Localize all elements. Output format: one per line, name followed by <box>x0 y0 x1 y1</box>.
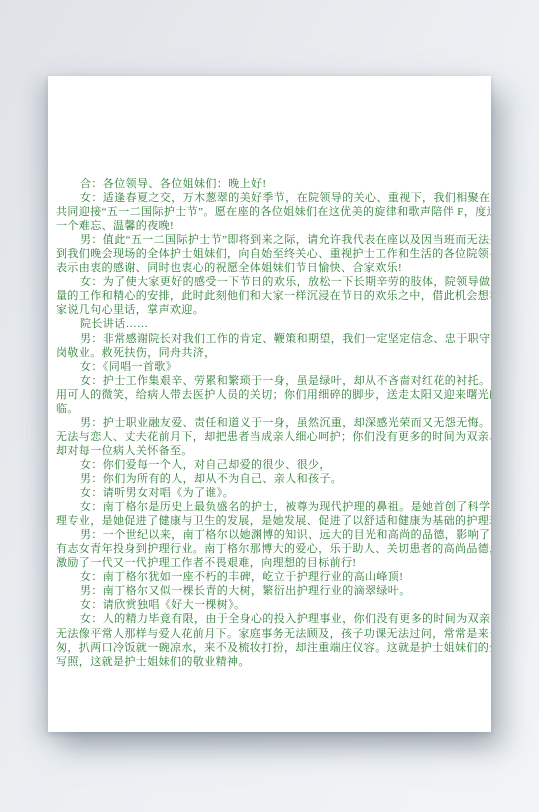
text-line: 到我们晚会现场的全体护士姐妹们，向自始至终关心、重视护士工作和生活的各位院领导 <box>56 247 491 261</box>
text-line: 有志女青年投身到护理行业。南丁格尔那博大的爱心，乐于助人、关切患者的高尚品德， <box>56 542 491 556</box>
text-line: 女：《同唱一首歌》 <box>56 360 491 374</box>
text-line: 男：护士职业融友爱、责任和道义于一身，虽然沉重，却深感光荣而又无怨无悔。你们 <box>56 416 491 430</box>
text-line: 院长讲话…… <box>56 317 491 331</box>
text-line: 女：南丁格尔是历史上最负盛名的护士，被尊为现代护理的鼻祖。是她首创了科学的护 <box>56 500 491 514</box>
text-line: 一个难忘、温馨的夜晚! <box>56 219 491 233</box>
text-line: 却对每一位病人关怀备至。 <box>56 444 491 458</box>
text-line: 男：你们为所有的人，却从不为自己、亲人和孩子。 <box>56 472 491 486</box>
text-line: 男：南丁格尔又似一棵长青的大树，繁衍出护理行业的滴翠绿叶。 <box>56 584 491 598</box>
text-line: 女：你们爱每一个人，对自己却爱的很少、很少， <box>56 458 491 472</box>
text-line: 男：值此“五一二国际护士节”即将到来之际，请允许我代表在座以及因当班而无法来 <box>56 233 491 247</box>
text-line: 女：请欣赏独唱《好大一棵树》。 <box>56 598 491 612</box>
text-line: 写照，这就是护士姐妹们的敬业精神。 <box>56 655 491 669</box>
text-line: 女：人的精力毕竟有限，由于全身心的投入护理事业，你们没有更多的时间为双亲尽孝， <box>56 612 491 626</box>
document-page: 合：各位领导、各位姐妹们：晚上好!女：适逢春夏之交，万木葱翠的美好季节，在院领导… <box>48 76 491 732</box>
text-line: 男：一个世纪以来，南丁格尔以她渊博的知识、远大的目光和高尚的品德，影响了无数 <box>56 528 491 542</box>
text-line: 岗敬业。救死扶伤，同舟共济， <box>56 346 491 360</box>
text-line: 量的工作和精心的安排，此时此刻他们和大家一样沉浸在节日的欢乐之中，借此机会想和大 <box>56 289 491 303</box>
text-line: 用可人的微笑，给病人带去医护人员的关切；你们用细碎的脚步，送走太阳又迎来曙光的来 <box>56 388 491 402</box>
document-text: 合：各位领导、各位姐妹们：晚上好!女：适逢春夏之交，万木葱翠的美好季节，在院领导… <box>56 177 491 669</box>
text-line: 女：为了使大家更好的感受一下节日的欢乐，放松一下长期辛劳的肢体，院领导做了大 <box>56 275 491 289</box>
text-line: 无法与恋人、丈夫花前月下，却把患者当成亲人细心呵护；你们没有更多的时间为双亲尽孝… <box>56 430 491 444</box>
text-line: 理专业，是她促进了健康与卫生的发展，是她发展、促进了以舒适和健康为基础的护理理念 <box>56 514 491 528</box>
text-line: 共同迎接“五一二国际护士节”。愿在座的各位姐妹们在这优美的旋律和歌声陪伴 F，度… <box>56 205 491 219</box>
text-line: 合：各位领导、各位姐妹们：晚上好! <box>56 177 491 191</box>
text-line: 男：非常感谢院长对我们工作的肯定、鞭策和期望，我们一定坚定信念、忠于职守，爱 <box>56 332 491 346</box>
text-line: 女：适逢春夏之交，万木葱翠的美好季节，在院领导的关心、重视下，我们相聚在一起 <box>56 191 491 205</box>
text-line: 女：护士工作集艰辛、劳累和繁琐于一身，虽是绿叶，却从不吝啬对红花的衬托。你们 <box>56 374 491 388</box>
desk-background: 合：各位领导、各位姐妹们：晚上好!女：适逢春夏之交，万木葱翠的美好季节，在院领导… <box>0 0 539 812</box>
text-line: 表示由衷的感谢、同时也衷心的祝愿全体姐妹们节日愉快、合家欢乐! <box>56 261 491 275</box>
text-line: 家说几句心里话，掌声欢迎。 <box>56 303 491 317</box>
text-line: 无法像平常人那样与爱人花前月下。家庭事务无法顾及，孩子功课无法过问，常常是来去匆 <box>56 627 491 641</box>
text-line: 临。 <box>56 402 491 416</box>
text-line: 女：南丁格尔犹如一座不朽的丰碑，屹立于护理行业的高山峰顶! <box>56 570 491 584</box>
text-line: 女：请听男女对唱《为了谁》。 <box>56 486 491 500</box>
text-line: 激励了一代又一代护理工作者不畏艰难，向理想的目标前行! <box>56 556 491 570</box>
text-line: 匆，扒两口冷饭就一碗凉水，来不及梳妆打扮，却注重端庄仪容。这就是护士姐妹们的生活 <box>56 641 491 655</box>
